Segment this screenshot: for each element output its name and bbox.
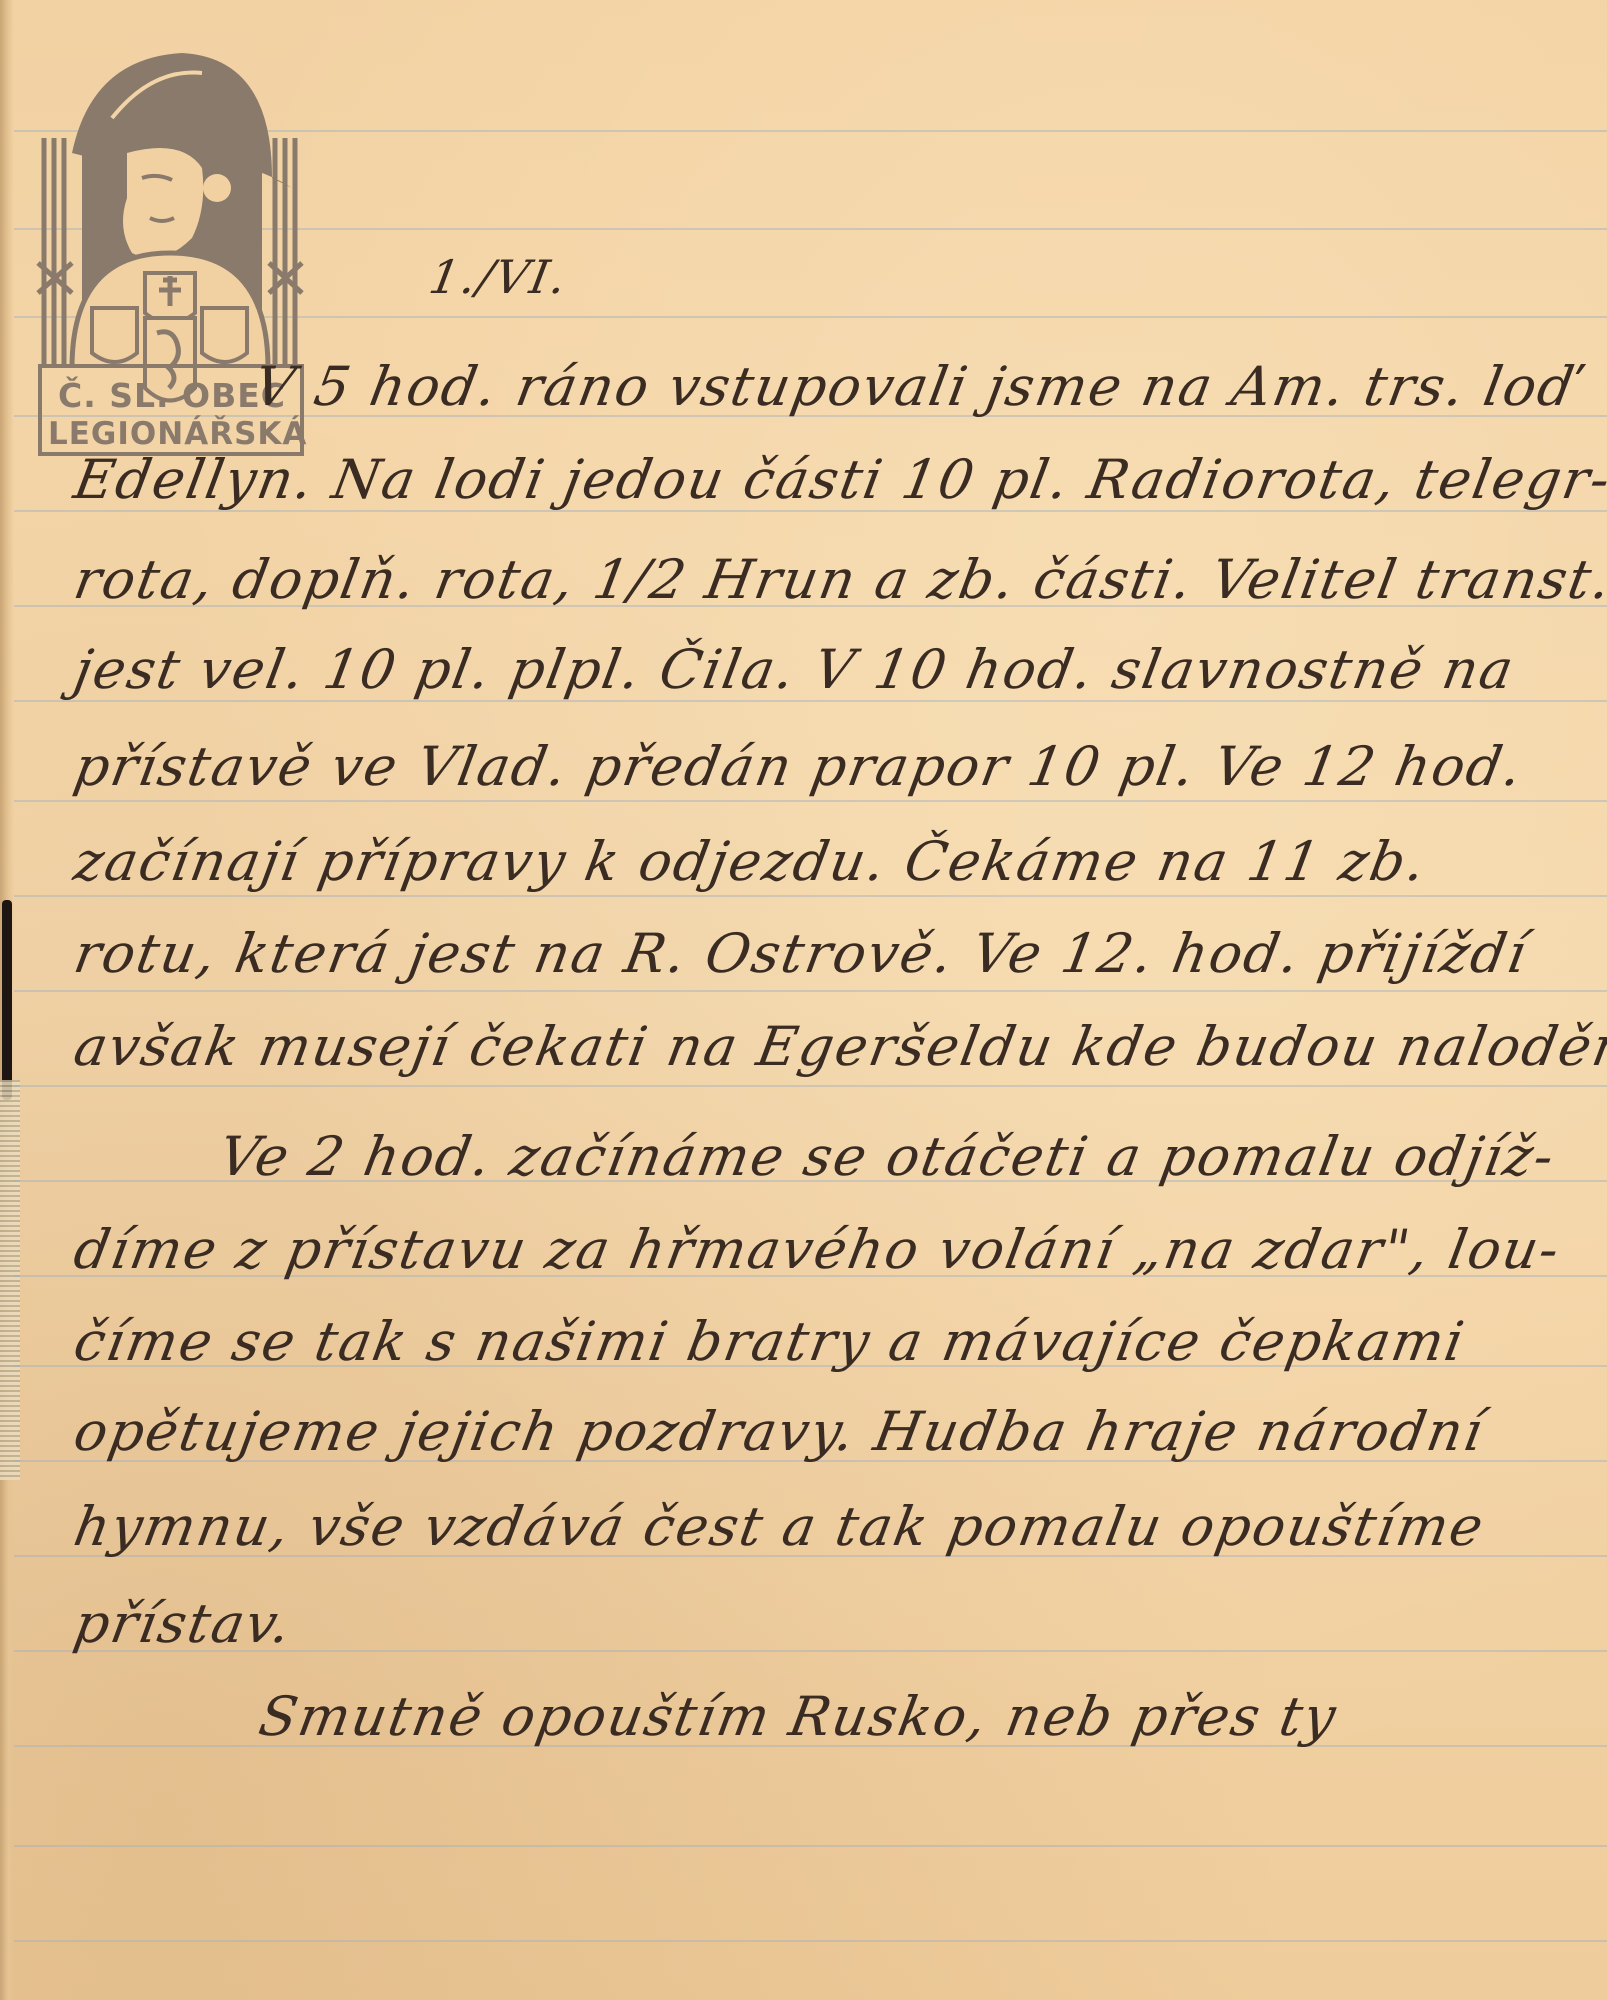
logo-text-line2: LEGIONÁŘSKÁ <box>48 416 296 452</box>
ruled-line <box>14 1940 1607 1942</box>
text-line: díme z přístavu za hřmavého volání „na z… <box>69 1218 1565 1281</box>
ruled-line <box>14 1085 1607 1087</box>
text-line: jest vel. 10 pl. plpl. Čila. V 10 hod. s… <box>69 638 1519 701</box>
text-line: opětujeme jejich pozdravy. Hudba hraje n… <box>69 1400 1489 1463</box>
text-line: Edellyn. Na lodi jedou části 10 pl. Radi… <box>69 448 1607 511</box>
text-line: číme se tak s našimi bratry a mávajíce č… <box>69 1310 1470 1373</box>
ruled-line <box>14 800 1607 802</box>
text-line: rotu, která jest na R. Ostrově. Ve 12. h… <box>69 922 1532 985</box>
text-line: V 5 hod. ráno vstupovali jsme na Am. trs… <box>249 355 1580 418</box>
ruled-line <box>14 990 1607 992</box>
diary-page: Č. SL. OBEC LEGIONÁŘSKÁ 1./VI. V 5 hod. … <box>0 0 1607 2000</box>
text-line: Smutně opouštím Rusko, neb přes ty <box>254 1685 1342 1748</box>
text-line: hymnu, vše vzdává čest a tak pomalu opou… <box>69 1495 1489 1558</box>
text-line: avšak musejí čekati na Egeršeldu kde bud… <box>69 1015 1607 1078</box>
text-line: přístav. <box>69 1592 297 1655</box>
ruled-line <box>14 895 1607 897</box>
text-line: začínají přípravy k odjezdu. Čekáme na 1… <box>69 830 1431 893</box>
binding-thread <box>2 900 12 1100</box>
binding-gauze <box>0 1080 20 1480</box>
text-line: přístavě ve Vlad. předán prapor 10 pl. V… <box>69 735 1528 798</box>
entry-date: 1./VI. <box>425 250 572 304</box>
ruled-line <box>14 1845 1607 1847</box>
text-line: Ve 2 hod. začínáme se otáčeti a pomalu o… <box>214 1125 1560 1188</box>
text-line: rota, doplň. rota, 1/2 Hrun a zb. části.… <box>69 548 1607 611</box>
